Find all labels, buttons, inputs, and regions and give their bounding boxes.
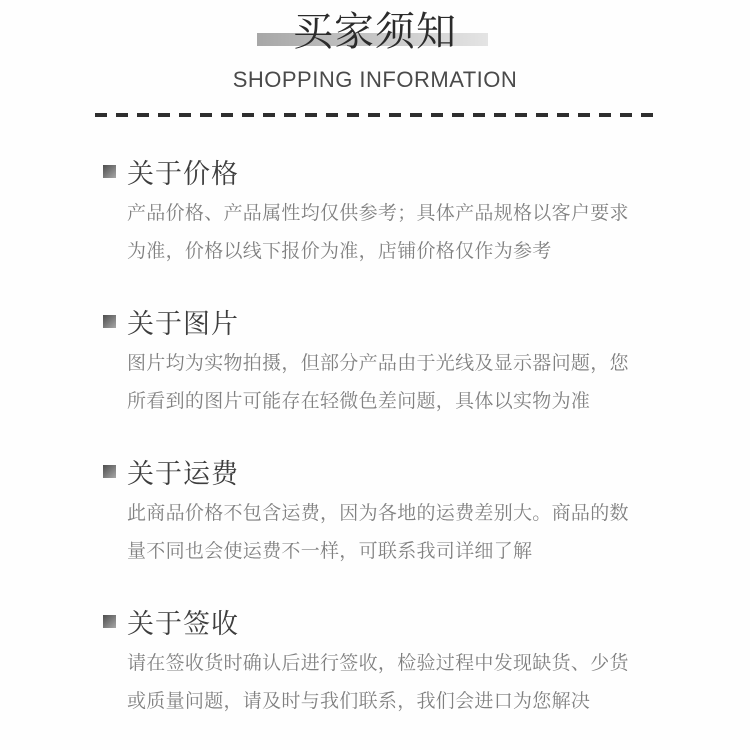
section-images: 关于图片 图片均为实物拍摄，但部分产品由于光线及显示器问题，您 所看到的图片可能… [103,307,750,421]
section-shipping: 关于运费 此商品价格不包含运费，因为各地的运费差别大。商品的数 量不同也会使运费… [103,457,750,571]
section-head: 关于运费 [103,457,750,485]
section-head: 关于图片 [103,307,750,335]
page-title-wrap: 买家须知 [293,8,457,56]
buyer-notice-panel: 买家须知 SHOPPING INFORMATION 关于价格 产品价格、产品属性… [0,0,750,750]
header: 买家须知 SHOPPING INFORMATION [0,0,750,117]
body-line: 请在签收货时确认后进行签收，检验过程中发现缺货、少货 [127,645,639,683]
section-body: 产品价格、产品属性均仅供参考；具体产品规格以客户要求 为准，价格以线下报价为准，… [127,195,639,271]
square-bullet-icon [103,315,116,328]
square-bullet-icon [103,615,116,628]
body-line: 产品价格、产品属性均仅供参考；具体产品规格以客户要求 [127,195,639,233]
section-head: 关于价格 [103,157,750,185]
body-line: 图片均为实物拍摄，但部分产品由于光线及显示器问题，您 [127,345,639,383]
section-head: 关于签收 [103,607,750,635]
page-subtitle: SHOPPING INFORMATION [0,68,750,92]
body-line: 为准，价格以线下报价为准，店铺价格仅作为参考 [127,233,639,271]
page-title: 买家须知 [293,8,457,56]
body-line: 所看到的图片可能存在轻微色差问题，具体以实物为准 [127,383,639,421]
section-title: 关于价格 [127,152,239,191]
section-body: 请在签收货时确认后进行签收，检验过程中发现缺货、少货 或质量问题，请及时与我们联… [127,645,639,721]
square-bullet-icon [103,465,116,478]
section-title: 关于图片 [127,302,239,341]
square-bullet-icon [103,165,116,178]
section-body: 此商品价格不包含运费，因为各地的运费差别大。商品的数 量不同也会使运费不一样，可… [127,495,639,571]
body-line: 量不同也会使运费不一样，可联系我司详细了解 [127,533,639,571]
section-title: 关于运费 [127,452,239,491]
section-title: 关于签收 [127,602,239,641]
section-body: 图片均为实物拍摄，但部分产品由于光线及显示器问题，您 所看到的图片可能存在轻微色… [127,345,639,421]
body-line: 此商品价格不包含运费，因为各地的运费差别大。商品的数 [127,495,639,533]
notice-sections: 关于价格 产品价格、产品属性均仅供参考；具体产品规格以客户要求 为准，价格以线下… [0,117,750,721]
section-receipt: 关于签收 请在签收货时确认后进行签收，检验过程中发现缺货、少货 或质量问题，请及… [103,607,750,721]
section-price: 关于价格 产品价格、产品属性均仅供参考；具体产品规格以客户要求 为准，价格以线下… [103,157,750,271]
body-line: 或质量问题，请及时与我们联系，我们会进口为您解决 [127,683,639,721]
